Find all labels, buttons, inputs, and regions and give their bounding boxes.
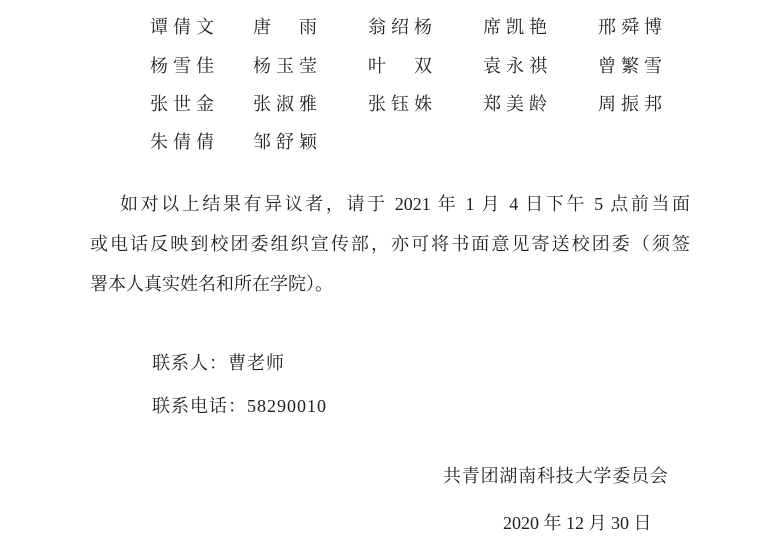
recipient-name: 郑美龄: [483, 90, 598, 116]
contact-phone: 联系电话：58290010: [152, 392, 327, 418]
recipient-name: 曾繁雪: [598, 52, 667, 78]
recipient-name: 谭倩文: [150, 13, 253, 39]
recipient-name: 杨雪佳: [150, 52, 253, 78]
contact-person: 联系人：曹老师: [152, 349, 285, 375]
name-row: 朱倩倩 邹舒颖: [150, 122, 667, 160]
name-row: 张世金 张淑雅 张钰姝 郑美龄 周振邦: [150, 84, 667, 122]
signature-date: 2020 年 12 月 30 日: [503, 509, 652, 535]
recipient-name: 杨玉莹: [253, 52, 368, 78]
recipient-name: 朱倩倩: [150, 128, 253, 154]
recipient-name: 邢舜博: [598, 13, 667, 39]
recipient-name: 张淑雅: [253, 90, 368, 116]
name-row: 谭倩文 唐 雨 翁绍杨 席凯艳 邢舜博: [150, 7, 667, 45]
document-page: 谭倩文 唐 雨 翁绍杨 席凯艳 邢舜博 杨雪佳 杨玉莹 叶 双 袁永祺 曾繁雪 …: [0, 0, 778, 544]
recipient-name: 邹舒颖: [253, 128, 368, 154]
notice-paragraph-line: 如对以上结果有异议者，请于 2021 年 1 月 4 日下午 5 点前当面: [90, 184, 690, 224]
notice-paragraph-line: 署本人真实姓名和所在学院）。: [90, 264, 690, 304]
recipient-name: 叶 双: [368, 52, 483, 78]
recipient-name: 周振邦: [598, 90, 667, 116]
recipient-name: 张钰姝: [368, 90, 483, 116]
recipient-name: 翁绍杨: [368, 13, 483, 39]
notice-paragraph-line: 或电话反映到校团委组织宣传部，亦可将书面意见寄送校团委（须签: [90, 224, 690, 264]
recipient-name: 席凯艳: [483, 13, 598, 39]
recipient-name-list: 谭倩文 唐 雨 翁绍杨 席凯艳 邢舜博 杨雪佳 杨玉莹 叶 双 袁永祺 曾繁雪 …: [150, 7, 667, 161]
signature-organization: 共青团湖南科技大学委员会: [443, 462, 669, 488]
recipient-name: 唐 雨: [253, 13, 368, 39]
recipient-name: 袁永祺: [483, 52, 598, 78]
notice-paragraph: 如对以上结果有异议者，请于 2021 年 1 月 4 日下午 5 点前当面 或电…: [90, 184, 690, 304]
recipient-name: 张世金: [150, 90, 253, 116]
name-row: 杨雪佳 杨玉莹 叶 双 袁永祺 曾繁雪: [150, 45, 667, 83]
